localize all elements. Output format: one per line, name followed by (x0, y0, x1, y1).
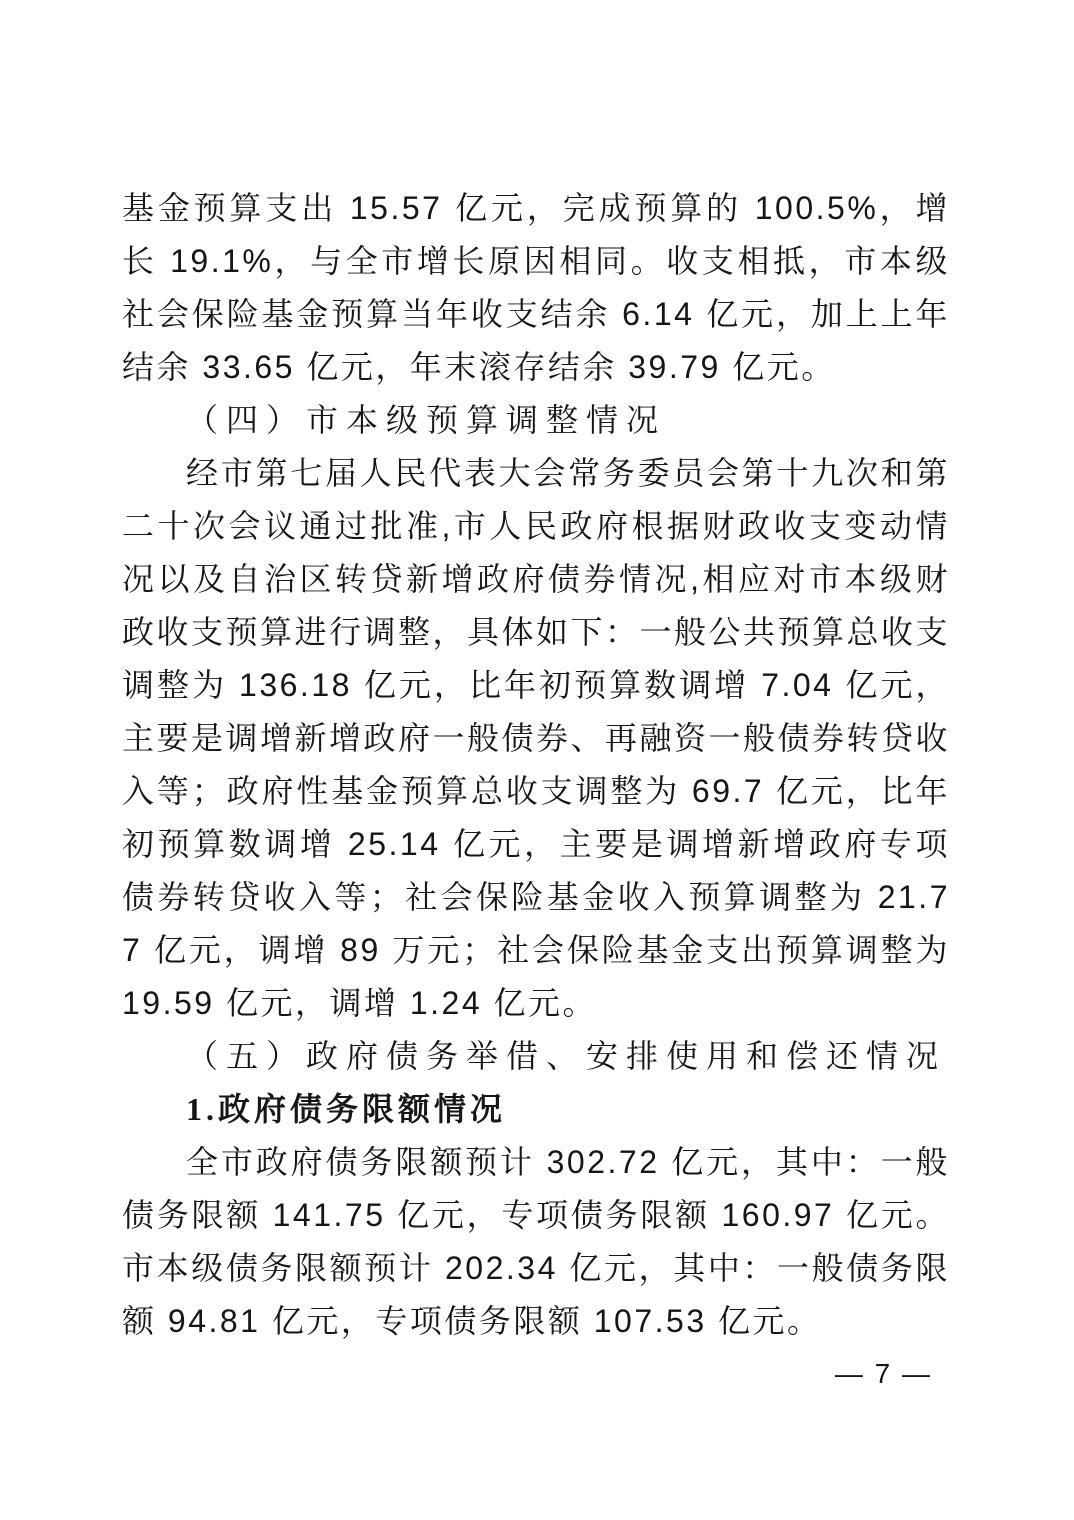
section-heading-4-budget-adjustment: （四）市本级预算调整情况 (122, 394, 950, 447)
document-body: 基金预算支出 15.57 亿元，完成预算的 100.5%，增长 19.1%，与全… (122, 182, 950, 1348)
subsection-heading-debt-limit: 1.政府债务限额情况 (122, 1083, 950, 1136)
paragraph-social-insurance-balance: 基金预算支出 15.57 亿元，完成预算的 100.5%，增长 19.1%，与全… (122, 182, 950, 394)
section-heading-5-government-debt: （五）政府债务举借、安排使用和偿还情况 (122, 1030, 950, 1083)
paragraph-budget-adjustment-details: 经市第七届人民代表大会常务委员会第十九次和第二十次会议通过批准,市人民政府根据财… (122, 447, 950, 1030)
paragraph-debt-limit-details: 全市政府债务限额预计 302.72 亿元，其中：一般债务限额 141.75 亿元… (122, 1136, 950, 1348)
page-number: — 7 — (835, 1358, 932, 1390)
document-page: 基金预算支出 15.57 亿元，完成预算的 100.5%，增长 19.1%，与全… (0, 0, 1074, 1520)
